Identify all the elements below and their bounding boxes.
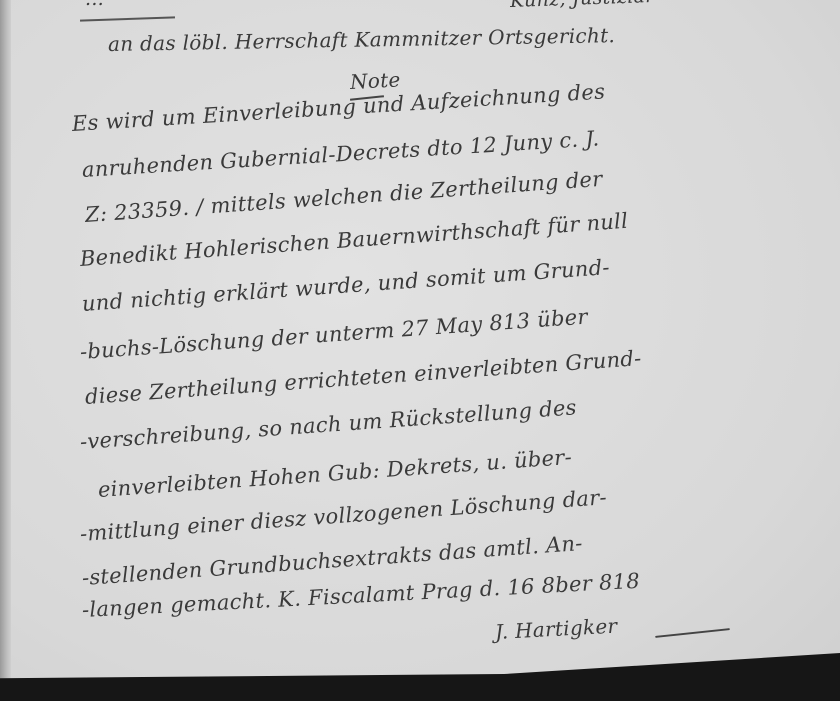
page-binding-shadow <box>0 0 11 701</box>
top-left-fragment: ... <box>85 0 104 10</box>
document-title: Note <box>349 67 401 94</box>
